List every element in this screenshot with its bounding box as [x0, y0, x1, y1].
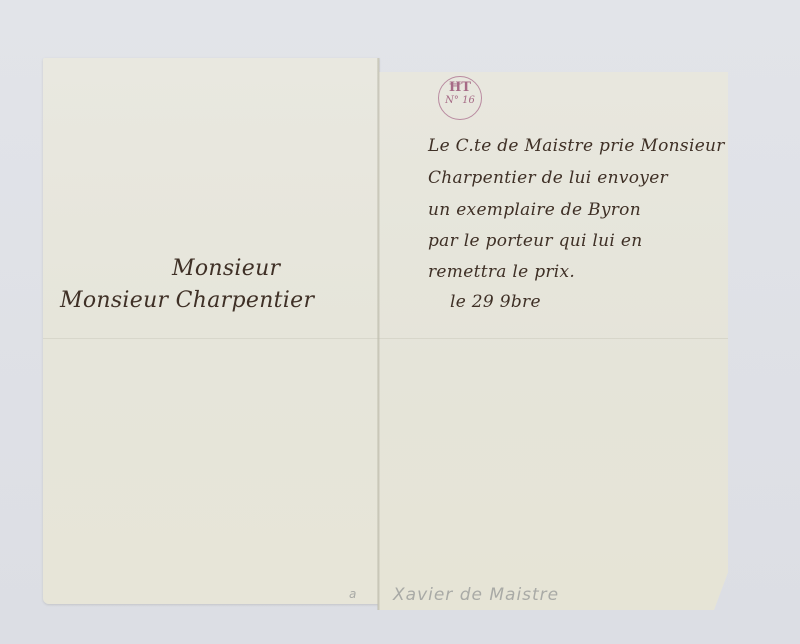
letter-body-line: Charpentier de lui envoyer [428, 168, 668, 188]
address-recipient: Monsieur Charpentier [60, 288, 314, 313]
letter-body-line: Le C.te de Maistre prie Monsieur [428, 136, 725, 156]
letter-date: le 29 9bre [450, 292, 541, 312]
horizontal-fold [43, 338, 728, 339]
center-fold [377, 58, 380, 610]
pencil-attribution: Xavier de Maistre [393, 585, 559, 605]
address-salutation: Monsieur [172, 256, 280, 281]
letter-body-line: un exemplaire de Byron [428, 200, 641, 220]
letter-body-line: remettra le prix. [428, 262, 575, 282]
pencil-mark: a [349, 587, 356, 601]
letter-page-left [43, 58, 379, 604]
collection-stamp: ĦT N° 16 [438, 76, 482, 120]
stamp-monogram: ĦT [439, 81, 481, 95]
stamp-number: N° 16 [439, 95, 481, 107]
letter-body-line: par le porteur qui lui en [428, 231, 642, 251]
